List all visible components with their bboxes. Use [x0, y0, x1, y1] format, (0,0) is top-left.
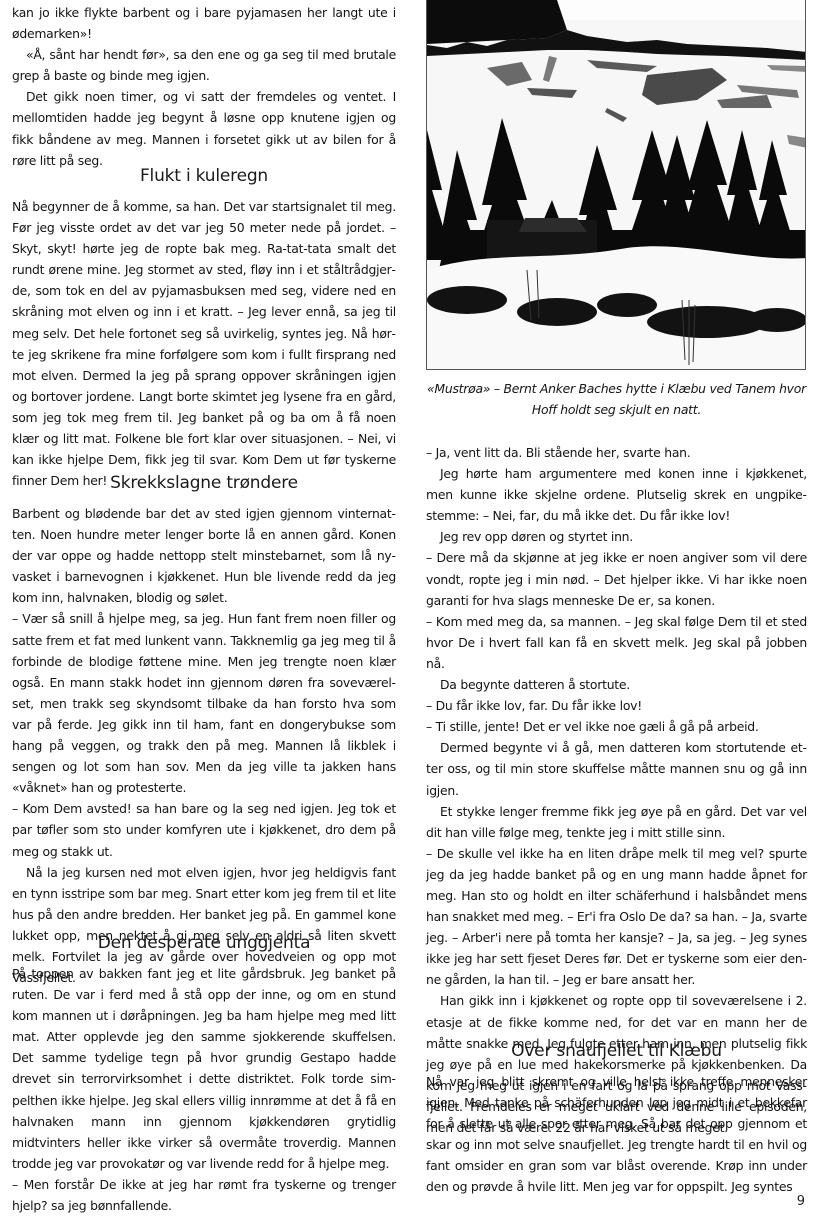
paragraph: Jeg rev opp døren og styrtet inn.: [426, 526, 807, 547]
paragraph: – Kom med meg da, sa mannen. – Jeg skal …: [426, 611, 807, 674]
paragraph: – Ti stille, jente! Det er vel ikke noe …: [426, 716, 807, 737]
paragraph: – Vær så snill å hjelpe meg, sa jeg. Hun…: [12, 608, 396, 798]
paragraph: – De skulle vel ikke ha en liten dråpe m…: [426, 843, 807, 991]
section-heading-over-snaufjellet: Over snaufjellet til Klæbu: [426, 1040, 807, 1062]
paragraph: Det gikk noen timer, og vi satt der frem…: [12, 86, 396, 170]
paragraph: Dermed begynte vi å gå, men datteren kom…: [426, 737, 807, 800]
paragraph: kan jo ikke flykte barbent og i bare pyj…: [12, 2, 396, 44]
paragraph: På toppen av bakken fant jeg et lite går…: [12, 963, 396, 1174]
paragraph: – Du får ikke lov, far. Du får ikke lov!: [426, 695, 807, 716]
photo-caption: «Mustrøa» – Bernt Anker Baches hytte i K…: [426, 378, 807, 420]
section-heading-flukt: Flukt i kuleregn: [12, 165, 396, 187]
paragraph: Barbent og blødende bar det av sted igje…: [12, 503, 396, 608]
section-skrekk: Barbent og blødende bar det av sted igje…: [12, 503, 396, 988]
paragraph: – Kom Dem avsted! sa han bare og la seg …: [12, 798, 396, 861]
paragraph: – Ja, vent litt da. Bli stående her, sva…: [426, 442, 807, 463]
section-flukt: Nå begynner de å komme, sa han. Det var …: [12, 196, 396, 491]
paragraph: Et stykke lenger fremme fikk jeg øye på …: [426, 801, 807, 843]
paragraph: – Dere må da skjønne at jeg ikke er noen…: [426, 547, 807, 610]
intro-section: kan jo ikke flykte barbent og i bare pyj…: [12, 2, 396, 171]
cabin-photo: [426, 0, 806, 370]
section-heading-skrekk: Skrekkslagne trøndere: [12, 472, 396, 494]
paragraph: Jeg hørte ham argumentere med konen inne…: [426, 463, 807, 526]
paragraph: Da begynte datteren å stortute.: [426, 674, 807, 695]
section-heading-desperate: Den desperate unggjenta: [12, 932, 396, 954]
page-number: 9: [797, 1194, 805, 1209]
paragraph: Nå begynner de å komme, sa han. Det var …: [12, 196, 396, 491]
section-over-snaufjellet: Nå var jeg blitt skremt og ville helst i…: [426, 1071, 807, 1198]
paragraph: Nå var jeg blitt skremt og ville helst i…: [426, 1071, 807, 1198]
paragraph: – Men forstår De ikke at jeg har rømt fr…: [12, 1174, 396, 1216]
paragraph: «Å, sånt har hendt før», sa den ene og g…: [12, 44, 396, 86]
section-desperate: På toppen av bakken fant jeg et lite går…: [12, 963, 396, 1216]
continuation-section: – Ja, vent litt da. Bli stående her, sva…: [426, 442, 807, 1138]
winter-landscape-image: [427, 0, 806, 370]
